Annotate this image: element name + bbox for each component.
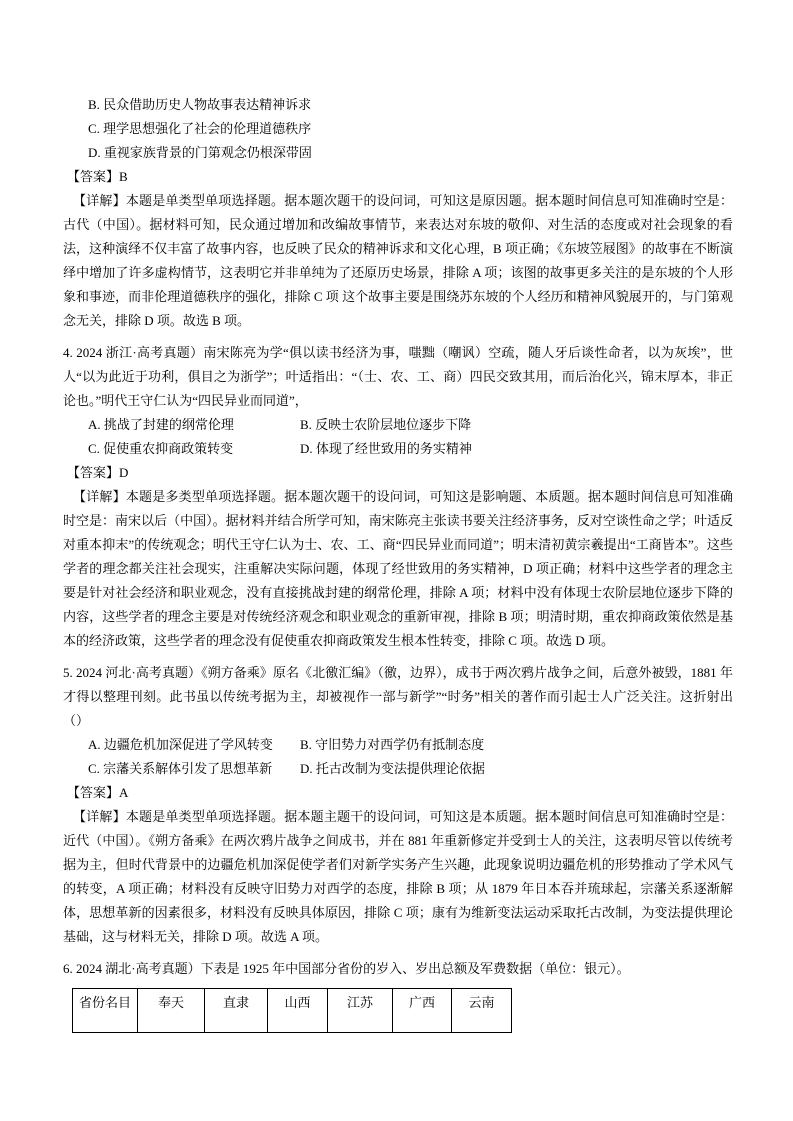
q4-option-a: A. 挑战了封建的纲常伦理: [88, 413, 300, 437]
q4-options-row-2: C. 促使重农抑商政策转变 D. 体现了经世致用的务实精神: [63, 437, 733, 461]
table-header-cell-fengtian: 奉天: [138, 989, 205, 1033]
q4-option-b: B. 反映士农阶层地位逐步下降: [300, 413, 733, 437]
table-header-cell-guangxi: 广西: [393, 989, 452, 1033]
q3-option-d: D. 重视家族背景的门第观念仍根深带固: [63, 141, 733, 165]
q3-analysis: 【详解】本题是单类型单项选择题。据本题次题干的设问词，可知这是原因题。据本题时间…: [63, 189, 733, 333]
q3-option-c: C. 理学思想强化了社会的伦理道德秩序: [63, 117, 733, 141]
q3-answer: 【答案】B: [63, 165, 733, 189]
q5-options-row-2: C. 宗藩关系解体引发了思想革新 D. 托古改制为变法提供理论依据: [63, 757, 733, 781]
q6-province-table: 省份名目 奉天 直隶 山西 江苏 广西 云南: [72, 988, 512, 1033]
q5-analysis: 【详解】本题是单类型单项选择题。据本题主题干的设问词，可知这是本质题。据本题时间…: [63, 805, 733, 949]
q6-stem: 6. 2024 湖北·高考真题）下表是 1925 年中国部分省份的岁入、岁出总额…: [63, 957, 733, 981]
table-header-cell-zhili: 直隶: [205, 989, 268, 1033]
q4-answer: 【答案】D: [63, 461, 733, 485]
table-header-cell-yunnan: 云南: [452, 989, 512, 1033]
q4-analysis: 【详解】本题是多类型单项选择题。据本题次题干的设问词，可知这是影响题、本质题。据…: [63, 485, 733, 653]
q4-stem: 4. 2024 浙江·高考真题）南宋陈亮为学“俱以读书经济为事，嗤黜（嘲讽）空疏…: [63, 341, 733, 413]
q5-option-a: A. 边疆危机加深促进了学风转变: [88, 733, 300, 757]
table-header-cell-category: 省份名目: [73, 989, 138, 1033]
q5-stem: 5. 2024 河北·高考真题）《朔方备乘》原名《北徼汇编》（徼，边界），成书于…: [63, 661, 733, 733]
table-header-cell-shanxi: 山西: [268, 989, 328, 1033]
q5-option-b: B. 守旧势力对西学仍有抵制态度: [300, 733, 733, 757]
q5-option-d: D. 托古改制为变法提供理论依据: [300, 757, 733, 781]
document-content: B. 民众借助历史人物故事表达精神诉求 C. 理学思想强化了社会的伦理道德秩序 …: [63, 93, 733, 1033]
table-header-cell-jiangsu: 江苏: [328, 989, 393, 1033]
q4-option-d: D. 体现了经世致用的务实精神: [300, 437, 733, 461]
q5-options-row-1: A. 边疆危机加深促进了学风转变 B. 守旧势力对西学仍有抵制态度: [63, 733, 733, 757]
q4-option-c: C. 促使重农抑商政策转变: [88, 437, 300, 461]
q3-option-b: B. 民众借助历史人物故事表达精神诉求: [63, 93, 733, 117]
q4-options-row-1: A. 挑战了封建的纲常伦理 B. 反映士农阶层地位逐步下降: [63, 413, 733, 437]
q5-answer: 【答案】A: [63, 781, 733, 805]
q5-option-c: C. 宗藩关系解体引发了思想革新: [88, 757, 300, 781]
document-page: B. 民众借助历史人物故事表达精神诉求 C. 理学思想强化了社会的伦理道德秩序 …: [0, 0, 793, 1121]
table-header-row: 省份名目 奉天 直隶 山西 江苏 广西 云南: [73, 989, 512, 1033]
